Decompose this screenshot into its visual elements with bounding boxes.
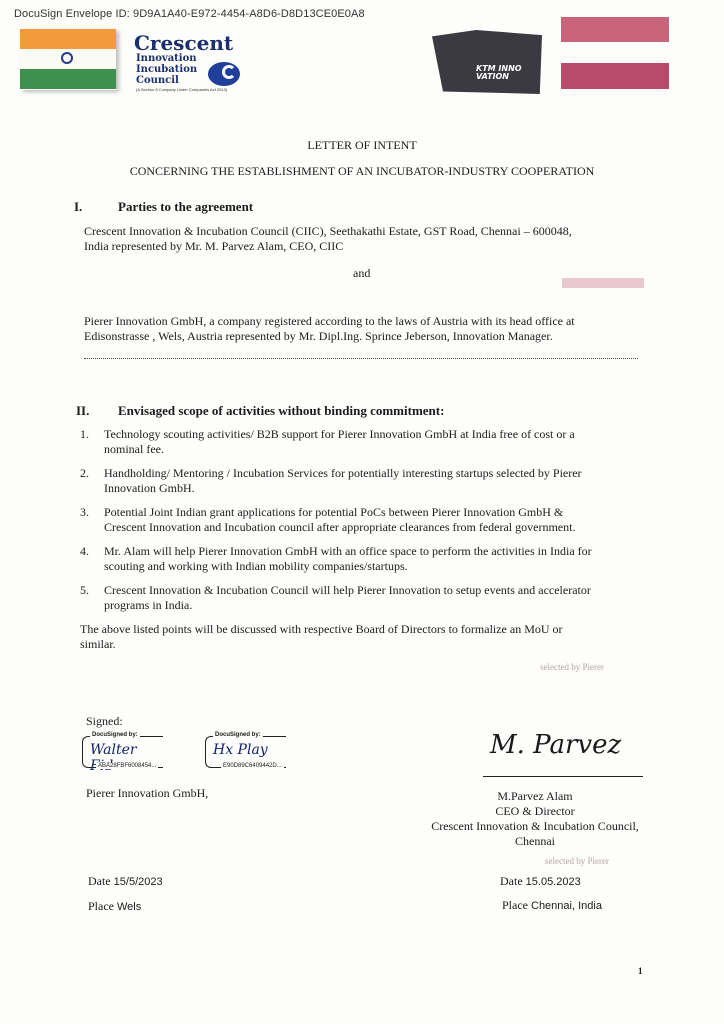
party1-description: Crescent Innovation & Incubation Council… [84,224,572,254]
section2-heading: Envisaged scope of activities without bi… [118,403,444,419]
ktm-logo-line: VATION [476,73,522,81]
faint-stamp-mark [562,278,644,288]
india-flag-logo [20,29,116,90]
list-item-number: 3. [80,505,104,535]
place-label: Place [502,898,528,912]
right-date: Date 15.05.2023 [500,874,581,890]
docusign-id: E90D89C6409442D... [221,763,284,769]
logo-line: Incubation [136,64,197,75]
closing-paragraph: The above listed points will be discusse… [80,622,660,652]
right-place: Place Chennai, India [502,898,602,914]
signatory-title: CEO & Director [380,804,690,819]
signature-line [483,776,643,777]
text-line: Crescent Innovation & Incubation Council… [104,583,591,598]
date-value: 15/5/2023 [114,876,163,888]
docusign-block-1: DocuSigned by: Walter Fid ABA28FBF600845… [82,736,163,768]
crescent-logo-title: Crescent [134,31,233,55]
party2-description: Pierer Innovation GmbH, a company regist… [84,314,575,344]
left-date: Date 15/5/2023 [88,874,163,890]
text-line: Mr. Alam will help Pierer Innovation Gmb… [104,544,592,559]
text-line: India represented by Mr. M. Parvez Alam,… [84,239,572,254]
faint-stamp-text: selected by Pierer [540,662,604,672]
pierer-signatory-org: Pierer Innovation GmbH, [86,786,208,801]
text-line: Technology scouting activities/ B2B supp… [104,427,575,442]
signature-image: Hx Play [213,742,268,758]
ashoka-chakra-icon [61,52,73,64]
text-line: scouting and working with Indian mobilit… [104,559,592,574]
signed-label: Signed: [86,714,123,729]
faint-stamp-text: selected by Pierer [545,856,609,866]
list-item: 2. Handholding/ Mentoring / Incubation S… [80,466,660,496]
place-value: Wels [117,901,141,913]
list-item: 1. Technology scouting activities/ B2B s… [80,427,660,457]
place-value: Chennai, India [531,900,602,912]
ktm-innovation-logo [432,30,542,94]
date-label: Date [88,874,111,888]
left-place: Place Wels [88,899,141,915]
docusign-id: ABA28FBF6008454... [96,763,158,769]
list-item-number: 4. [80,544,104,574]
text-line: Crescent Innovation and Incubation counc… [104,520,575,535]
list-item: 3. Potential Joint Indian grant applicat… [80,505,660,535]
logo-line: Council [136,75,197,86]
signatory-name: M.Parvez Alam [380,789,690,804]
text-line: nominal fee. [104,442,575,457]
page-number: 1 [638,966,643,976]
ktm-logo-text: KTM INNO VATION [476,65,522,81]
docusign-label: DocuSigned by: [90,732,140,738]
text-line: Pierer Innovation GmbH, a company regist… [84,314,575,329]
docusign-envelope-id: DocuSign Envelope ID: 9D9A1A40-E972-4454… [14,8,365,20]
document-title: LETTER OF INTENT [0,138,724,153]
parvez-signature: M. Parvez [490,730,621,760]
signatory-city: Chennai [380,834,690,849]
austria-flag-red-stripe-top [561,17,669,42]
ciic-signatory-block: M.Parvez Alam CEO & Director Crescent In… [380,789,690,849]
text-line: similar. [80,637,660,652]
dotted-separator [84,358,638,359]
logo-line: Innovation [136,53,197,64]
list-item-number: 2. [80,466,104,496]
text-line: Innovation GmbH. [104,481,582,496]
text-line: Potential Joint Indian grant application… [104,505,575,520]
section1-number: I. [74,199,82,215]
crescent-logo-note: (A Section 8 Company Under Companies Act… [136,87,227,92]
crescent-moon-logo-icon [208,62,240,86]
docusign-label: DocuSigned by: [213,732,263,738]
text-line: Handholding/ Mentoring / Incubation Serv… [104,466,582,481]
and-text: and [353,266,370,281]
signature-image: Walter Fid [90,742,163,774]
activities-list: 1. Technology scouting activities/ B2B s… [80,427,660,652]
date-value: 15.05.2023 [526,876,581,888]
date-label: Date [500,874,523,888]
crescent-logo-subtitle: Innovation Incubation Council [136,53,197,86]
text-line: programs in India. [104,598,591,613]
docusign-block-2: DocuSigned by: Hx Play E90D89C6409442D..… [205,736,286,768]
section1-heading: Parties to the agreement [118,199,253,215]
list-item: 5. Crescent Innovation & Incubation Coun… [80,583,660,613]
section2-number: II. [76,403,89,419]
list-item: 4. Mr. Alam will help Pierer Innovation … [80,544,660,574]
signatory-org: Crescent Innovation & Incubation Council… [380,819,690,834]
document-subtitle: CONCERNING THE ESTABLISHMENT OF AN INCUB… [0,164,724,179]
list-item-number: 1. [80,427,104,457]
austria-flag-red-stripe-bottom [561,63,669,89]
place-label: Place [88,899,114,913]
list-item-number: 5. [80,583,104,613]
text-line: The above listed points will be discusse… [80,622,660,637]
text-line: Edisonstrasse , Wels, Austria represente… [84,329,575,344]
text-line: Crescent Innovation & Incubation Council… [84,224,572,239]
